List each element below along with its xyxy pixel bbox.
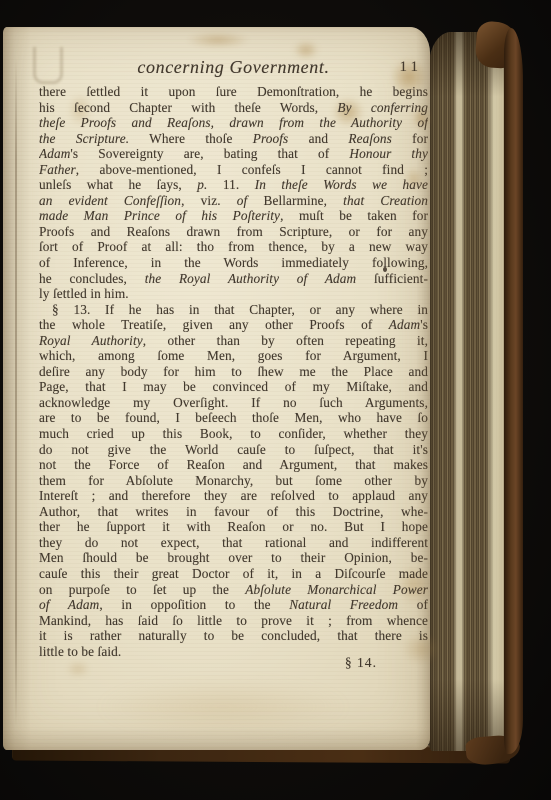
text-line: of Adam, in oppoſition to the Natural Fr… — [39, 597, 428, 613]
text-line: Intereſt ; and therefore they are reſolv… — [39, 488, 428, 504]
book-page: concerning Government. 11 there ſettled … — [3, 27, 430, 750]
text-line: an evident Confeſſion, viz. of Bellarmin… — [39, 193, 428, 209]
text-line: made Man Prince of his Poſterity, muſt b… — [39, 208, 428, 224]
text-line: there ſettled it upon ſure Demonſtration… — [39, 84, 428, 100]
fore-edge-light-band — [486, 32, 506, 751]
text-line: Mankind, has ſaid ſo little to prove it … — [39, 613, 428, 629]
text-line: theſe Proofs and Reaſons, drawn from the… — [39, 115, 428, 131]
text-line: § 13. If he has in that Chapter, or any … — [39, 302, 428, 318]
catchword: § 14. — [39, 655, 377, 671]
text-line: ſort of Proof at all: tho from thence, b… — [39, 239, 428, 255]
text-line: it is rather naturally to be concluded, … — [39, 628, 428, 644]
text-line: are to be found, I beſeech thoſe Men, wh… — [39, 410, 428, 426]
text-line: he concludes, the Royal Authority of Ada… — [39, 271, 428, 287]
text-line: do not give the World cauſe to ſuſpect, … — [39, 442, 428, 458]
text-line: Royal Authority, other than by often rep… — [39, 333, 428, 349]
book-fore-edge-pages — [429, 32, 506, 751]
page-header: concerning Government. 11 — [39, 57, 428, 81]
text-line: acknowledge my Overſight. If no ſuch Arg… — [39, 395, 428, 411]
text-line: ly ſettled in him. — [39, 286, 428, 302]
text-line: they do not expect, that rational and in… — [39, 535, 428, 551]
text-line: not the Force of Reaſon and Argument, th… — [39, 457, 428, 473]
text-line: Father, above-mentioned, I confeſs I can… — [39, 162, 428, 178]
text-line: Page, that I may be convinced of my Miſt… — [39, 379, 428, 395]
text-line: unleſs what he ſays, p. 11. In theſe Wor… — [39, 177, 428, 193]
text-line: ther he ſupport it with Reaſon or no. Bu… — [39, 519, 428, 535]
text-line: the Scripture. Where thoſe Proofs and Re… — [39, 131, 428, 147]
page-gutter-crease — [15, 57, 17, 726]
text-line: Men ſhould be brought over to their Opin… — [39, 550, 428, 566]
leather-cover-edge — [504, 28, 523, 754]
running-title: concerning Government. — [39, 57, 428, 78]
text-line: which, among ſome Men, goes for Argument… — [39, 348, 428, 364]
text-line: them for Abſolute Monarchy, but ſome oth… — [39, 473, 428, 489]
text-line: on purpoſe to ſet up the Abſolute Monarc… — [39, 582, 428, 598]
foxing-stain — [43, 667, 403, 747]
page-number: 11 — [400, 59, 422, 76]
fore-edge-light-band — [453, 32, 465, 751]
book-photograph: concerning Government. 11 there ſettled … — [0, 0, 551, 800]
text-line: his ſecond Chapter with theſe Words, By … — [39, 100, 428, 116]
text-line: cauſe this their great Doctor of it, in … — [39, 566, 428, 582]
text-line: Adam's Sovereignty are, bating that of H… — [39, 146, 428, 162]
text-line: deſire any body for him to ſhew me the P… — [39, 364, 428, 380]
text-line: Author, that writes in favour of this Do… — [39, 504, 428, 520]
foxing-stain — [173, 29, 263, 51]
text-block: there ſettled it upon ſure Demonſtration… — [39, 84, 428, 659]
text-line: much cried up this Book, to conſider, wh… — [39, 426, 428, 442]
text-line: Proofs and Reaſons drawn from Scripture,… — [39, 224, 428, 240]
text-line: of Inference, in the Words immediately f… — [39, 255, 428, 271]
text-line: the whole Treatiſe, given any other Proo… — [39, 317, 428, 333]
